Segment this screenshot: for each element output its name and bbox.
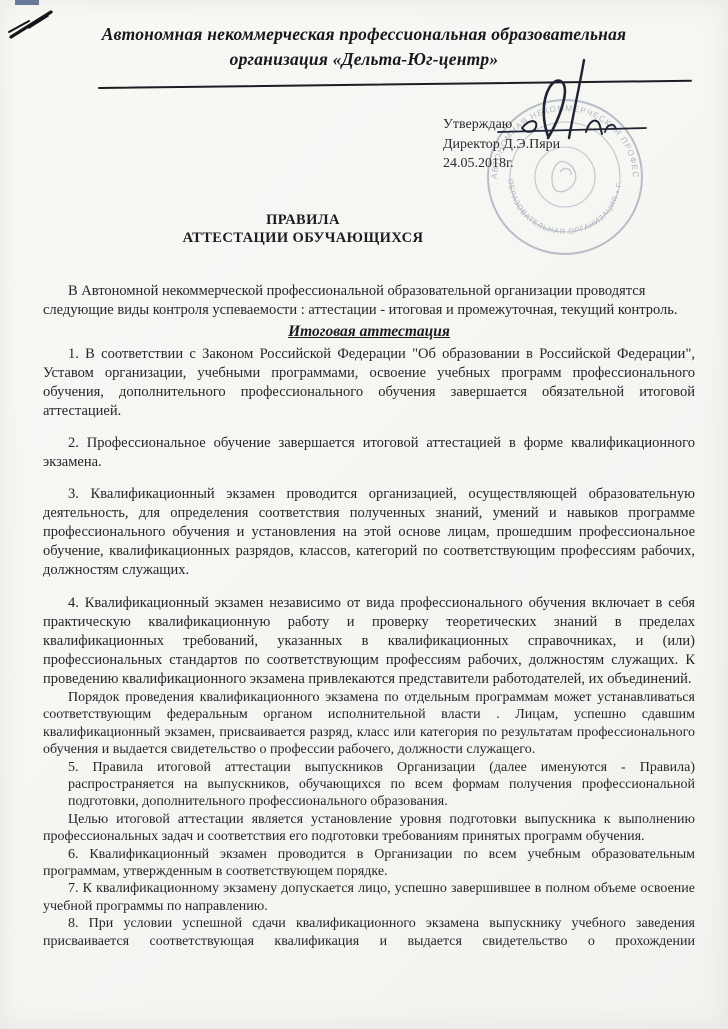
- scanned-document-page: Автономная некоммерческая профессиональн…: [0, 0, 728, 1029]
- document-body: В Автономной некоммерческой профессионал…: [43, 282, 695, 950]
- section-heading: Итоговая аттестация: [43, 322, 695, 342]
- paragraph-1: 1. В соответствии с Законом Российской Ф…: [43, 345, 695, 421]
- paragraph-5a: Целью итоговой аттестации является устан…: [43, 811, 695, 846]
- director-signature: [486, 56, 658, 148]
- paragraph-6: 6. Квалификационный экзамен проводится в…: [43, 846, 695, 881]
- paragraph-4: 4. Квалификационный экзамен независимо о…: [43, 594, 695, 689]
- letterhead-line1: Автономная некоммерческая профессиональн…: [34, 22, 694, 47]
- approval-date: 24.05.2018г.: [443, 154, 560, 174]
- paragraph-8: 8. При условии успешной сдачи квалификац…: [43, 915, 695, 950]
- paragraph-3: 3. Квалификационный экзамен проводится о…: [43, 485, 695, 580]
- paragraph-intro: В Автономной некоммерческой профессионал…: [43, 282, 695, 320]
- paragraph-2: 2. Профессиональное обучение завершается…: [43, 434, 695, 472]
- paragraph-4a: Порядок проведения квалификационного экз…: [43, 689, 695, 759]
- scan-edge-artifact: [15, 0, 39, 5]
- paragraph-7: 7. К квалификационному экзамену допускае…: [43, 880, 695, 915]
- paragraph-5: 5. Правила итоговой аттестации выпускник…: [68, 759, 695, 811]
